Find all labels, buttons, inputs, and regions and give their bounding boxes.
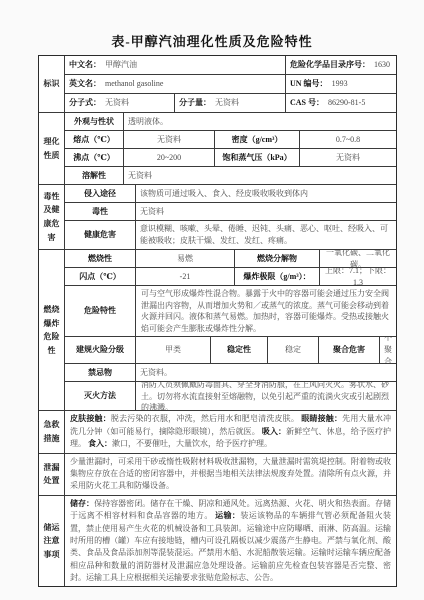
entry-route-value: 该物质可通过吸入、食入、经皮吸收吸收到体内 (135, 185, 396, 202)
combustion-products-label: 燃烧分解物 (234, 250, 319, 267)
section-toxicity-health-label: 毒性及健康危害 (39, 185, 65, 249)
un-number-cell: UN 编号： 1993 (285, 75, 396, 93)
section-physical-properties-label: 理化性质 (39, 113, 65, 184)
stability-label: 稳定性 (210, 337, 267, 363)
row-appearance: 外观与性状 透明液体。 (65, 113, 396, 130)
health-hazard-value: 意识模糊、咳嗽、头晕、倦睡、迟钝、头痛、恶心、呕吐、经吸入、可能被吸收；皮肤干燥… (135, 221, 396, 249)
row-fire-classification: 建规火险分级 甲类 稳定性 稳定 聚合危害 不聚合 (65, 336, 396, 363)
boiling-point-label: 沸点（℃） (65, 149, 123, 166)
spill-disposal-text: 少量泄漏时，可采用干砂或惰性吸附材料吸收泄漏物，大量泄漏时需筑堤控制。附着物或收… (65, 454, 396, 495)
un-number-label: UN 编号： (290, 78, 328, 90)
row-flash-point: 闪点（℃） -21 爆炸极限（g/m³）： 上限：7.1；下限：1.3 (65, 267, 396, 285)
explosion-limit-label: 爆炸极限（g/m³）： (234, 268, 319, 285)
hazard-characteristics-label: 危险特性 (65, 286, 135, 336)
section-spill-disposal-label: 泄漏处置 (39, 454, 65, 495)
density-value: 0.7~0.8 (299, 131, 396, 148)
toxicity-value: 无资料 (135, 203, 396, 220)
section-storage-transport: 储运注意事项 储存：保持容器密闭。储存在干燥、阴凉和通风处。远离热源、火花、明火… (39, 495, 396, 587)
melting-point-value: 无资料 (123, 131, 214, 148)
row-toxicity: 毒性 无资料 (65, 202, 396, 220)
spill-disposal-value: 少量泄漏时，可采用干砂或惰性吸附材料吸收泄漏物，大量泄漏时需筑堤控制。附着物或收… (70, 457, 391, 491)
first-aid-text: 皮肤接触：脱去污染的衣服，冲洗，然后用水和肥皂清洗皮肤。 眼睛接触：先用大量水冲… (65, 411, 396, 452)
section-fire-explosion-label: 燃烧爆炸危险性 (39, 250, 65, 410)
molecular-formula-label: 分子式： (69, 97, 101, 109)
eye-contact-label: 眼睛接触： (301, 414, 342, 423)
appearance-value: 透明液体。 (123, 113, 396, 130)
appearance-label: 外观与性状 (65, 113, 123, 130)
flammability-label: 燃烧性 (65, 250, 135, 267)
row-health-hazard: 健康危害 意识模糊、咳嗽、头晕、倦睡、迟钝、头痛、恶心、呕吐、经吸入、可能被吸收… (65, 220, 396, 249)
row-solubility: 溶解性 无资料 (65, 166, 396, 184)
storage-label: 储存： (70, 499, 94, 508)
chinese-name-value: 甲醇汽油 (105, 59, 137, 71)
row-hazard-characteristics: 危险特性 可与空气形成爆炸性混合物。暴露于火中的容器可能会通过压力安全阀泄漏出内… (65, 285, 396, 336)
vapor-pressure-label: 饱和蒸气压（kPa） (214, 149, 299, 166)
section-physical-properties: 理化性质 外观与性状 透明液体。 熔点（℃） 无资料 密度（g/cm³） 0.7… (39, 112, 396, 184)
polymerization-hazard-label: 聚合危害 (318, 337, 379, 363)
catalog-number-value: 1630 (374, 59, 390, 71)
skin-contact-label: 皮肤接触： (70, 414, 111, 423)
chinese-name-label: 中文名： (69, 59, 101, 71)
fire-class-value: 甲类 (135, 337, 210, 363)
ingestion-label: 食入： (88, 439, 112, 448)
row-melting-density: 熔点（℃） 无资料 密度（g/cm³） 0.7~0.8 (65, 130, 396, 148)
transport-value: 装运该物品的车辆排气管必须配备阻火装置，禁止使用易产生火花的机械设备和工具装卸。… (70, 511, 391, 582)
chinese-name-cell: 中文名： 甲醇汽油 (65, 56, 285, 74)
inhalation-label: 吸入： (262, 427, 286, 436)
extinguishing-method-value: 消防人员须佩戴防毒面具、穿全身消防服，在上风向灭火。雾状水、砂土。切勿将水流直接… (135, 382, 396, 410)
molecular-weight-label: 分子量： (179, 97, 211, 109)
row-english-name: 英文名： methanol gasoline UN 编号： 1993 (65, 74, 396, 93)
catalog-number-label: 危险化学品目录序号： (290, 59, 370, 71)
cas-number-label: CAS 号： (290, 97, 324, 109)
explosion-limit-value: 上限：7.1；下限：1.3 (319, 268, 396, 285)
molecular-weight-value: 无资料 (215, 97, 239, 109)
solubility-label: 溶解性 (65, 167, 123, 184)
section-storage-transport-label: 储运注意事项 (39, 496, 65, 587)
boiling-point-value: 20~200 (123, 149, 214, 166)
row-extinguishing: 灭火方法 消防人员须佩戴防毒面具、穿全身消防服，在上风向灭火。雾状水、砂土。切勿… (65, 381, 396, 410)
molecular-formula-value: 无资料 (105, 97, 129, 109)
density-label: 密度（g/cm³） (214, 131, 299, 148)
cas-number-value: 86290-81-5 (328, 97, 365, 109)
catalog-number-cell: 危险化学品目录序号： 1630 (285, 56, 396, 74)
storage-transport-text: 储存：保持容器密闭。储存在干燥、阴凉和通风处。远离热源、火花、明火和热表面。存储… (65, 496, 396, 587)
english-name-label: 英文名： (69, 78, 101, 90)
melting-point-label: 熔点（℃） (65, 131, 123, 148)
section-toxicity-health: 毒性及健康危害 侵入途径 该物质可通过吸入、食入、经皮吸收吸收到体内 毒性 无资… (39, 184, 396, 249)
un-number-value: 1993 (332, 78, 348, 90)
section-identification: 标识 中文名： 甲醇汽油 危险化学品目录序号： 1630 英文名： metha (39, 56, 396, 112)
flammability-value: 易燃 (135, 250, 234, 267)
page-title: 表-甲醇汽油理化性质及危险特性 (0, 31, 424, 50)
vapor-pressure-value: 无资料 (299, 149, 396, 166)
section-identification-label: 标识 (39, 56, 65, 112)
flash-point-label: 闪点（℃） (65, 268, 135, 285)
cas-number-cell: CAS 号： 86290-81-5 (285, 94, 396, 112)
stability-value: 稳定 (267, 337, 318, 363)
section-spill-disposal: 泄漏处置 少量泄漏时，可采用干砂或惰性吸附材料吸收泄漏物，大量泄漏时需筑堤控制。… (39, 453, 396, 495)
transport-label: 运输： (215, 511, 240, 520)
entry-route-label: 侵入途径 (65, 185, 135, 202)
toxicity-label: 毒性 (65, 203, 135, 220)
health-hazard-label: 健康危害 (65, 221, 135, 249)
extinguishing-method-label: 灭火方法 (65, 382, 135, 410)
row-formula: 分子式： 无资料 分子量： 无资料 CAS 号： 86290-81-5 (65, 93, 396, 112)
molecular-weight-cell: 分子量： 无资料 (174, 94, 285, 112)
row-boiling-vapor: 沸点（℃） 20~200 饱和蒸气压（kPa） 无资料 (65, 148, 396, 166)
document-page: 表-甲醇汽油理化性质及危险特性 标识 中文名： 甲醇汽油 危险化学品目录序号： … (0, 0, 424, 600)
row-flammability: 燃烧性 易燃 燃烧分解物 一氧化碳、二氧化碳。 (65, 250, 396, 267)
row-incompatibles: 禁忌物 无资料。 (65, 363, 396, 381)
fire-class-label: 建规火险分级 (65, 337, 135, 363)
hazard-properties-table: 标识 中文名： 甲醇汽油 危险化学品目录序号： 1630 英文名： metha (38, 55, 397, 587)
flash-point-value: -21 (135, 268, 234, 285)
row-entry-route: 侵入途径 该物质可通过吸入、食入、经皮吸收吸收到体内 (65, 185, 396, 202)
polymerization-hazard-value: 不聚合 (379, 337, 396, 363)
incompatibles-label: 禁忌物 (65, 364, 135, 381)
solubility-value: 无资料 (123, 167, 396, 184)
row-chinese-name: 中文名： 甲醇汽油 危险化学品目录序号： 1630 (65, 56, 396, 74)
section-first-aid-label: 急救措施 (39, 411, 65, 452)
section-fire-explosion: 燃烧爆炸危险性 燃烧性 易燃 燃烧分解物 一氧化碳、二氧化碳。 闪点（℃） -2… (39, 249, 396, 410)
english-name-value: methanol gasoline (105, 78, 163, 90)
combustion-products-value: 一氧化碳、二氧化碳。 (319, 250, 396, 267)
hazard-characteristics-value: 可与空气形成爆炸性混合物。暴露于火中的容器可能会通过压力安全阀泄漏出内容物，从而… (135, 286, 396, 336)
molecular-formula-cell: 分子式： 无资料 (65, 94, 174, 112)
section-first-aid: 急救措施 皮肤接触：脱去污染的衣服，冲洗，然后用水和肥皂清洗皮肤。 眼睛接触：先… (39, 410, 396, 452)
skin-contact-value: 脱去污染的衣服，冲洗，然后用水和肥皂清洗皮肤。 (111, 414, 299, 423)
english-name-cell: 英文名： methanol gasoline (65, 75, 285, 93)
ingestion-value: 漱口，不要催吐，大量饮水，给予医疗护理。 (112, 439, 272, 448)
incompatibles-value: 无资料。 (135, 364, 396, 381)
